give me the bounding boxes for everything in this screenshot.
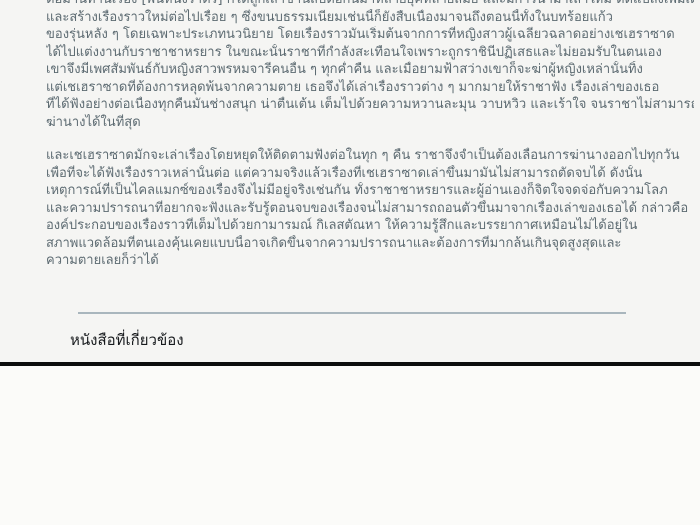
body-text-line: เหตุการณ์ที่เป็นไคลแมกซ์ของเรื่องจึงไม่ม… xyxy=(46,182,694,200)
paragraph-2: และเชเฮราซาดมักจะเล่าเรื่องโดยหยุดให้ติด… xyxy=(46,147,694,270)
body-text-line: และความปรารถนาที่อยากจะฟังและรับรู้ตอนจบ… xyxy=(46,200,694,218)
body-text-line: และเชเฮราซาดมักจะเล่าเรื่องโดยหยุดให้ติด… xyxy=(46,147,694,165)
body-text-line: ความตายเลยก็ว่าได้ xyxy=(46,252,694,270)
ebook-page: ต่อมานิทานเรื่อง [พันหนึ่งราตรี] ก็ได้ถู… xyxy=(0,0,700,525)
body-text-line: แต่เชเฮราซาดที่ต้องการหลุดพ้นจากความตาย … xyxy=(46,79,694,97)
body-text-line: ของรุ่นหลัง ๆ โดยเฉพาะประเภทนวนิยาย โดยเ… xyxy=(46,26,694,44)
body-text-line: เพื่อที่จะได้ฟังเรื่องราวเหล่านั้นต่อ แต… xyxy=(46,165,694,183)
section-heading: หนังสือที่เกี่ยวข้อง xyxy=(70,331,184,350)
body-text-line-clipped: ต่อมานิทานเรื่อง [พันหนึ่งราตรี] ก็ได้ถู… xyxy=(46,0,694,9)
blank-footer-area xyxy=(0,366,700,525)
body-text-line: ที่ได้ฟังอย่างต่อเนื่องทุกคืนมันช่างสนุก… xyxy=(46,96,694,114)
body-text-line: ฆ่านางได้ในที่สุด xyxy=(46,114,694,132)
body-text-line: ได้ไปแต่งงานกับราชาชาหรยาร ในขณะนั้นราชา… xyxy=(46,44,694,62)
body-text-line: สภาพแวดล้อมที่ตนเองคุ้นเคยแบบนี้อาจเกิดข… xyxy=(46,235,694,253)
body-text-line: และสร้างเรื่องราวใหม่ต่อไปเรื่อย ๆ ซึ่งข… xyxy=(46,9,694,27)
page-separator-line xyxy=(0,362,700,366)
paragraph-1: ต่อมานิทานเรื่อง [พันหนึ่งราตรี] ก็ได้ถู… xyxy=(46,0,694,131)
body-text-line: องค์ประกอบของเรื่องราวที่เต็มไปด้วยกามาร… xyxy=(46,217,694,235)
body-text-line: เขาจึงมีเพศสัมพันธ์กับหญิงสาวพรหมจารีคนอ… xyxy=(46,61,694,79)
article-body: ต่อมานิทานเรื่อง [พันหนึ่งราตรี] ก็ได้ถู… xyxy=(46,0,694,270)
section-divider xyxy=(78,312,626,314)
